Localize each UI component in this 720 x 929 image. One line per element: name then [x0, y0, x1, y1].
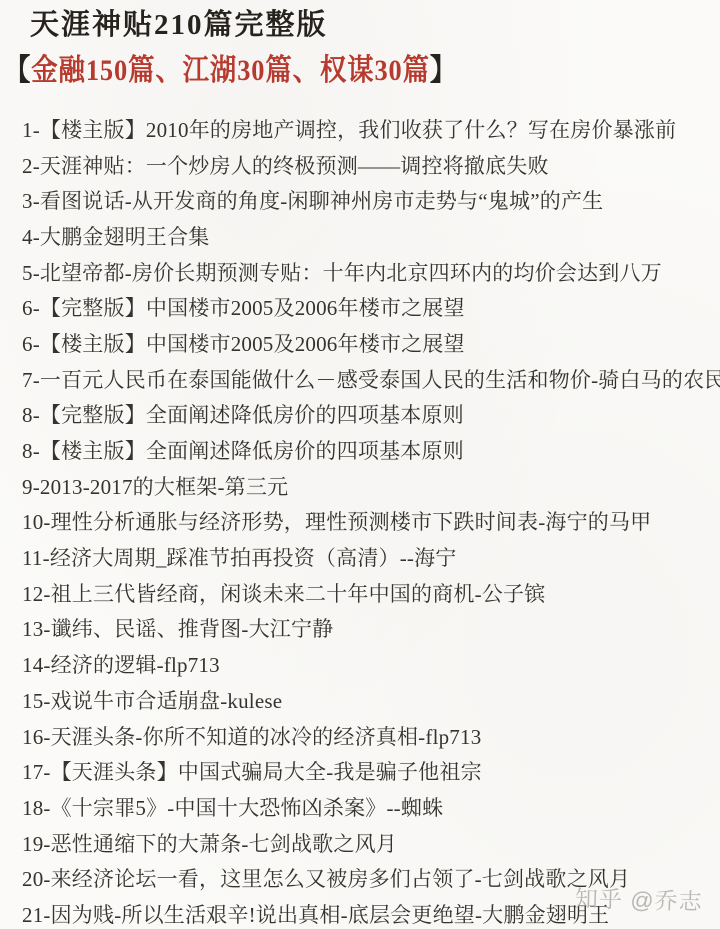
article-list: 1-【楼主版】2010年的房地产调控，我们收获了什么？写在房价暴涨前2-天涯神贴…: [22, 111, 720, 929]
list-item: 15-戏说牛市合适崩盘-kulese: [22, 682, 720, 718]
subtitle-bracket-close: 】: [430, 54, 457, 87]
category-subtitle: 【金融150篇、江湖30篇、权谋30篇】: [4, 52, 457, 90]
page-title: 天涯神贴210篇完整版: [30, 8, 328, 42]
list-item: 13-谶纬、民谣、推背图-大江宁静: [22, 611, 720, 647]
list-item: 18-《十宗罪5》-中国十大恐怖凶杀案》--蜘蛛: [22, 789, 720, 825]
list-item: 6-【楼主版】中国楼市2005及2006年楼市之展望: [22, 325, 720, 361]
watermark: 知乎 @乔志: [575, 880, 704, 916]
list-item: 17-【天涯头条】中国式骗局大全-我是骗子他祖宗: [22, 753, 720, 789]
list-item: 7-一百元人民币在泰国能做什么－感受泰国人民的生活和物价-骑白马的农民: [22, 361, 720, 397]
list-item: 1-【楼主版】2010年的房地产调控，我们收获了什么？写在房价暴涨前: [22, 111, 720, 147]
list-item: 4-大鹏金翅明王合集: [22, 218, 720, 254]
list-item: 10-理性分析通胀与经济形势，理性预测楼市下跌时间表-海宁的马甲: [22, 504, 720, 540]
list-item: 6-【完整版】中国楼市2005及2006年楼市之展望: [22, 289, 720, 325]
list-item: 19-恶性通缩下的大萧条-七剑战歌之风月: [22, 825, 720, 861]
list-item: 5-北望帝都-房价长期预测专贴：十年内北京四环内的均价会达到八万: [22, 254, 720, 290]
document-page: 天涯神贴210篇完整版 【金融150篇、江湖30篇、权谋30篇】 1-【楼主版】…: [0, 0, 720, 929]
list-item: 3-看图说话-从开发商的角度-闲聊神州房市走势与“鬼城”的产生: [22, 182, 720, 218]
list-item: 12-祖上三代皆经商，闲谈未来二十年中国的商机-公子镔: [22, 575, 720, 611]
list-item: 14-经济的逻辑-flp713: [22, 646, 720, 682]
list-item: 11-经济大周期_踩准节拍再投资（高清）--海宁: [22, 539, 720, 575]
subtitle-bracket-open: 【: [4, 54, 31, 87]
subtitle-highlight: 金融150篇、江湖30篇、权谋30篇: [31, 54, 430, 87]
list-item: 2-天涯神贴：一个炒房人的终极预测——调控将撤底失败: [22, 147, 720, 183]
list-item: 9-2013-2017的大框架-第三元: [22, 468, 720, 504]
list-item: 16-天涯头条-你所不知道的冰冷的经济真相-flp713: [22, 718, 720, 754]
list-item: 8-【完整版】全面阐述降低房价的四项基本原则: [22, 397, 720, 433]
list-item: 8-【楼主版】全面阐述降低房价的四项基本原则: [22, 432, 720, 468]
